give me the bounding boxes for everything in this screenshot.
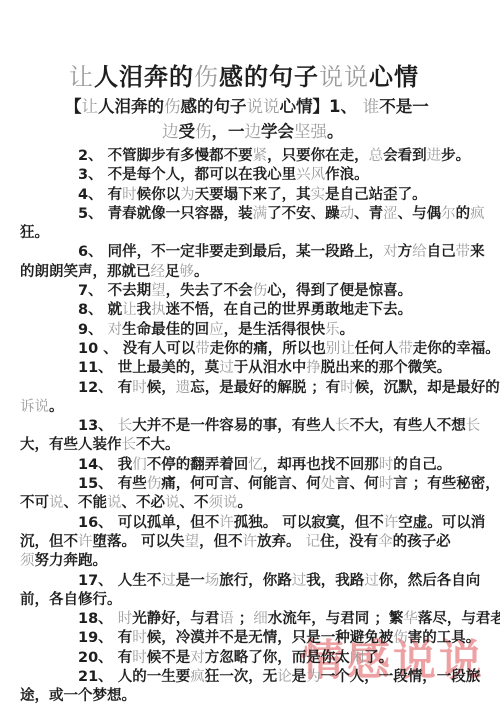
- text-segment: 方忽略了你，而是你太: [205, 650, 350, 666]
- text-segment: 可以孤单，但不: [118, 515, 220, 531]
- text-segment: 的自己。: [393, 457, 451, 473]
- text-segment: 青春就像一只容器，装: [108, 206, 253, 222]
- text-segment: 不大，有些人不想: [350, 418, 466, 434]
- text-segment: 对: [190, 650, 205, 666]
- text-segment: 尔: [441, 206, 456, 222]
- text-segment: 感的句子: [219, 63, 319, 91]
- text-line: 16、 可以孤单，但不许孤独。 可以寂寞，但不许空虚。可以消: [20, 514, 500, 533]
- text-segment: 、不: [180, 495, 209, 511]
- text-segment: ，却再也找不回那: [263, 457, 379, 473]
- text-line: 不可说、不能说、不必说、不须说。: [20, 494, 500, 513]
- text-segment: 的朗朗笑声，那就已: [20, 264, 151, 280]
- text-segment: 是自己站歪了。: [325, 187, 427, 203]
- text-segment: 空虚。可以消: [398, 515, 485, 531]
- text-segment: 我，我路: [306, 573, 364, 589]
- text-segment: 狂一次，无: [205, 669, 278, 685]
- text-segment: 堕落。 可以失: [93, 534, 185, 550]
- text-segment: 伤: [393, 630, 408, 646]
- text-line: 途，或一个梦想。: [20, 687, 500, 706]
- text-segment: 时: [122, 187, 137, 203]
- text-segment: 谁: [363, 97, 380, 116]
- text-segment: 是一: [176, 573, 205, 589]
- text-segment: 了。: [364, 650, 393, 666]
- text-segment: 方: [398, 244, 413, 260]
- text-line: 5、 青春就像一只容器，装满了不安、躁动、青涩、与偶尔的疯: [20, 205, 500, 224]
- text-segment: 不去期: [108, 283, 152, 299]
- text-line: 4、 有时候你以为天要塌下来了，其实是自己站歪了。: [20, 186, 500, 205]
- text-segment: 不是一: [379, 97, 429, 116]
- text-segment: 执: [151, 302, 166, 318]
- text-segment: 满: [253, 206, 268, 222]
- text-segment: 足: [165, 264, 180, 280]
- text-segment: 遗: [176, 380, 191, 396]
- text-segment: 走你的幸福。: [413, 341, 500, 357]
- text-line: 19、 有时候，冷漠并不是无情，只是一种避免被伤害的工具。: [20, 629, 500, 648]
- text-segment: ，失去了不会: [166, 283, 253, 299]
- text-segment: 光静好，与君: [132, 611, 219, 627]
- text-segment: 候你以: [137, 187, 181, 203]
- text-segment: 5、: [78, 206, 108, 222]
- text-segment: 20、: [78, 650, 118, 666]
- text-segment: 15、: [78, 476, 118, 492]
- text-segment: 长: [122, 437, 137, 453]
- text-segment: 说: [165, 495, 180, 511]
- text-segment: 自己: [427, 244, 456, 260]
- text-segment: 伤: [194, 63, 219, 91]
- text-segment: 忆: [248, 457, 263, 473]
- text-line: 8、 就让我执迷不悟，在自己的世界勇敢地走下去。: [20, 301, 500, 320]
- text-segment: 不管脚步有多慢都不要: [108, 148, 253, 164]
- text-line: 6、 同伴，不一定非要走到最后，某一段路上，对方给自己带来: [20, 243, 500, 262]
- text-segment: 于从泪水中: [234, 360, 307, 376]
- text-segment: 长: [118, 418, 133, 434]
- text-segment: 坚强: [294, 122, 327, 141]
- text-segment: 感的句子: [181, 97, 247, 116]
- text-segment: 8、: [78, 302, 108, 318]
- quotes-list: 2、 不管脚步有多慢都不要紧，只要你在走，总会看到进步。3、 不是每个人，都可以…: [0, 147, 500, 707]
- text-segment: 努力奔跑。: [35, 553, 108, 569]
- text-segment: 伤: [164, 97, 181, 116]
- text-segment: 时: [379, 476, 394, 492]
- text-segment: 迷不悟，在自己的世界勇敢地走下去。: [166, 302, 413, 318]
- text-segment: 会看到: [383, 148, 427, 164]
- text-segment: 别让: [326, 341, 355, 357]
- text-segment: 诉说: [20, 399, 49, 415]
- text-line: 前，各自修行。: [20, 591, 500, 610]
- text-segment: 有: [118, 650, 133, 666]
- text-segment: 16、: [78, 515, 118, 531]
- text-segment: 21、: [78, 669, 118, 685]
- text-line: 10 、 没有人可以带走你的痛，所以也别让任何人带走你的幸福。: [20, 340, 500, 359]
- text-segment: 忘，是最好的解脱 ；有: [190, 380, 340, 396]
- text-segment: 。: [340, 322, 355, 338]
- text-segment: ，但不: [199, 534, 243, 550]
- document-page: 情感说说 让人泪奔的伤感的句子说说心情 【让人泪奔的伤感的句子说说心情】1、 谁…: [0, 0, 500, 707]
- text-segment: 途，或一个梦想。: [20, 688, 136, 704]
- text-segment: 14、: [78, 457, 118, 473]
- text-segment: 总: [369, 148, 384, 164]
- text-segment: 不是每个人，都可以在我心里: [108, 167, 297, 183]
- text-segment: 为: [306, 669, 321, 685]
- text-segment: 伤: [195, 122, 212, 141]
- text-segment: 对: [383, 244, 398, 260]
- text-segment: 是: [292, 669, 307, 685]
- text-line: 7、 不去期望，失去了不会伤心，得到了便是惊喜。: [20, 282, 500, 301]
- text-segment: 、不必: [122, 495, 166, 511]
- text-segment: 伞: [378, 534, 393, 550]
- intro-paragraph: 【让人泪奔的伤感的句子说说心情】1、 谁不是一 边受伤，一边学会坚强。: [0, 94, 500, 144]
- text-segment: 11、: [78, 360, 118, 376]
- text-segment: 10 、: [78, 341, 123, 357]
- text-segment: 时: [132, 650, 147, 666]
- text-line: 大，有些人装作长不大。: [20, 436, 500, 455]
- text-segment: 让: [82, 97, 99, 116]
- text-segment: 须说: [209, 495, 238, 511]
- text-segment: 给: [412, 244, 427, 260]
- text-segment: ，是生活得很快: [224, 322, 326, 338]
- text-segment: 落尽，与君老。: [418, 611, 500, 627]
- text-segment: 伤: [253, 283, 268, 299]
- text-segment: 候不是: [147, 650, 191, 666]
- text-segment: 同伴，不一定非要走到最后，某一段路上，: [108, 244, 384, 260]
- text-segment: 受: [179, 122, 196, 141]
- text-segment: 长: [466, 418, 481, 434]
- text-segment: 有: [118, 630, 133, 646]
- text-segment: 人生不: [118, 573, 162, 589]
- text-segment: 许: [219, 515, 234, 531]
- text-line: 15、 有些伤痛，何可言、何能言、何处言、何时言 ；有些秘密，: [20, 475, 500, 494]
- text-segment: 步。: [441, 148, 470, 164]
- text-segment: 说说: [319, 63, 369, 91]
- text-segment: 经: [151, 264, 166, 280]
- text-segment: 13、: [78, 418, 118, 434]
- text-segment: 19、: [78, 630, 118, 646]
- text-segment: ；: [234, 611, 254, 627]
- text-segment: 不停的翻弄着回: [147, 457, 249, 473]
- text-segment: 时: [132, 630, 147, 646]
- text-segment: 边: [245, 122, 262, 141]
- text-segment: 时: [132, 380, 147, 396]
- text-segment: 【: [65, 97, 82, 116]
- text-segment: 应: [209, 322, 224, 338]
- text-segment: 须: [20, 553, 35, 569]
- text-line: 18、 时光静好，与君语 ；细水流年，与君同 ；繁华落尽，与君老。: [20, 610, 500, 629]
- text-segment: 让: [122, 302, 137, 318]
- text-segment: 前，各自修行。: [20, 592, 122, 608]
- text-line: 诉说。: [20, 398, 500, 417]
- text-segment: 挣: [306, 360, 321, 376]
- text-line: 14、 我们不停的翻弄着回忆，却再也找不回那时的自己。: [20, 456, 500, 475]
- text-line: 须努力奔跑。: [20, 552, 500, 571]
- text-segment: 孤独。 可以寂寞，但不: [234, 515, 384, 531]
- text-line: 20、 有时候不是对方忽略了你，而是你太闲了。: [20, 649, 500, 668]
- text-segment: 大并不是一件容易的事，有些人: [132, 418, 335, 434]
- text-segment: 论: [277, 669, 292, 685]
- text-segment: 的孩子必: [393, 534, 451, 550]
- text-segment: 过: [364, 573, 379, 589]
- document-content: 让人泪奔的伤感的句子说说心情 【让人泪奔的伤感的句子说说心情】1、 谁不是一 边…: [0, 0, 500, 707]
- text-segment: 处: [321, 476, 336, 492]
- text-segment: 带: [195, 341, 210, 357]
- text-segment: 3、: [78, 167, 108, 183]
- text-segment: 说: [107, 495, 122, 511]
- text-segment: 时: [118, 611, 133, 627]
- text-segment: 场: [205, 573, 220, 589]
- text-segment: 有: [108, 187, 123, 203]
- text-segment: 边: [162, 122, 179, 141]
- text-segment: 细: [253, 611, 268, 627]
- text-segment: 不可: [20, 495, 49, 511]
- text-segment: 12、: [78, 380, 118, 396]
- text-segment: 2、: [78, 148, 108, 164]
- text-segment: 疯: [470, 206, 485, 222]
- text-segment: ，: [212, 122, 229, 141]
- text-segment: 大，有些人装作: [20, 437, 122, 453]
- text-segment: 17、: [78, 573, 118, 589]
- text-line: 的朗朗笑声，那就已经足够。: [20, 263, 500, 282]
- text-segment: 许: [243, 534, 258, 550]
- text-segment: 涩: [383, 206, 398, 222]
- text-line: 12、 有时候，遗忘，是最好的解脱 ；有时候，沉默，却是最好的: [20, 379, 500, 398]
- text-segment: 说说: [247, 97, 280, 116]
- text-segment: 言 ；有些秘密，: [393, 476, 500, 492]
- text-segment: 没有人可以: [123, 341, 196, 357]
- text-segment: 华: [403, 611, 418, 627]
- text-line: 21、 人的一生要疯狂一次，无论是为一个人，一段情，一段旅: [20, 668, 500, 687]
- text-segment: 。: [49, 399, 64, 415]
- text-segment: 脱出来的那个微笑。: [321, 360, 452, 376]
- text-segment: 紧: [253, 148, 268, 164]
- text-segment: 、不能: [64, 495, 108, 511]
- text-segment: 一个人，一段情，一段旅: [321, 669, 481, 685]
- text-segment: 狂。: [20, 225, 49, 241]
- text-segment: 许: [384, 515, 399, 531]
- text-segment: 疯: [190, 669, 205, 685]
- text-segment: 伤: [147, 476, 162, 492]
- text-segment: 说: [49, 495, 64, 511]
- text-segment: 害的工具。: [408, 630, 481, 646]
- text-segment: 们: [132, 457, 147, 473]
- text-segment: 人泪奔的: [98, 97, 164, 116]
- text-line: 2、 不管脚步有多慢都不要紧，只要你在走，总会看到进步。: [20, 147, 500, 166]
- text-segment: 时: [340, 380, 355, 396]
- text-segment: 进: [427, 148, 442, 164]
- text-line: 沉，但不许堕落。 可以失望，但不许放弃。 记住，没有伞的孩子必: [20, 533, 500, 552]
- text-segment: 6、: [78, 244, 108, 260]
- text-line: 11、 世上最美的，莫过于从泪水中挣脱出来的那个微笑。: [20, 359, 500, 378]
- text-segment: 人的一生要: [118, 669, 191, 685]
- text-segment: 痛，何可言、何能言、何: [161, 476, 321, 492]
- text-line: 13、 长大并不是一件容易的事，有些人长不大，有些人不想长: [20, 417, 500, 436]
- text-segment: 候，: [147, 380, 176, 396]
- text-segment: 。: [238, 495, 253, 511]
- text-segment: 闲: [350, 650, 365, 666]
- text-segment: 实: [311, 187, 326, 203]
- text-segment: 沉，但不: [20, 534, 78, 550]
- text-segment: 、与偶: [398, 206, 442, 222]
- text-segment: 候，沉默，却是最好的: [355, 380, 500, 396]
- text-segment: 心，得到了便是惊喜。: [267, 283, 412, 299]
- text-segment: 旅行，你路: [219, 573, 292, 589]
- text-segment: 语: [219, 611, 234, 627]
- text-segment: 有些: [118, 476, 147, 492]
- text-segment: 一: [228, 122, 245, 141]
- text-segment: 有: [118, 380, 133, 396]
- text-segment: 许: [78, 534, 93, 550]
- page-title: 让人泪奔的伤感的句子说说心情: [0, 0, 500, 92]
- text-segment: 生命最佳的回: [122, 322, 209, 338]
- text-segment: ，只要你在走，: [267, 148, 369, 164]
- text-segment: 作浪。: [325, 167, 369, 183]
- text-segment: 】1、: [313, 97, 363, 116]
- text-segment: 天要塌下来了，其: [195, 187, 311, 203]
- text-segment: 心情: [280, 97, 313, 116]
- text-segment: 7、: [78, 283, 108, 299]
- text-segment: 任何人: [355, 341, 399, 357]
- intro-line: 【让人泪奔的伤感的句子说说心情】1、 谁不是一: [0, 94, 500, 119]
- text-segment: 过: [161, 573, 176, 589]
- text-segment: 望: [151, 283, 166, 299]
- text-segment: 带: [456, 244, 471, 260]
- text-segment: 我: [118, 457, 133, 473]
- text-segment: 4、: [78, 187, 108, 203]
- text-line: 3、 不是每个人，都可以在我心里兴风作浪。: [20, 166, 500, 185]
- text-segment: 让: [69, 63, 94, 91]
- text-segment: 住，没有: [320, 534, 378, 550]
- text-segment: 长: [335, 418, 350, 434]
- text-segment: 对: [108, 322, 123, 338]
- text-line: 17、 人生不过是一场旅行，你路过我，我路过你，然后各自向: [20, 572, 500, 591]
- text-segment: 9、: [78, 322, 108, 338]
- text-segment: 人泪奔的: [94, 63, 194, 91]
- text-segment: 不大。: [136, 437, 180, 453]
- text-segment: 走你的痛，所以也: [210, 341, 326, 357]
- text-segment: 望: [185, 534, 200, 550]
- text-segment: 18、: [78, 611, 118, 627]
- text-segment: 够: [180, 264, 195, 280]
- text-segment: 放弃。: [257, 534, 306, 550]
- text-segment: 你，然后各自向: [379, 573, 481, 589]
- text-line: 9、 对生命最佳的回应，是生活得很快乐。: [20, 321, 500, 340]
- text-segment: 乐: [325, 322, 340, 338]
- text-segment: 为: [180, 187, 195, 203]
- text-segment: 来: [470, 244, 485, 260]
- text-segment: 、青: [354, 206, 383, 222]
- text-segment: 心情: [369, 63, 419, 91]
- text-segment: 我: [137, 302, 152, 318]
- text-segment: 。: [194, 264, 209, 280]
- text-line: 狂。: [20, 224, 500, 243]
- text-segment: 候，冷漠并不是无情，只是一种避免被: [147, 630, 394, 646]
- text-segment: 了不安、躁: [267, 206, 340, 222]
- text-segment: 兴风: [296, 167, 325, 183]
- text-segment: 时: [379, 457, 394, 473]
- text-segment: 水流年，与君同 ；繁: [268, 611, 404, 627]
- text-segment: 言、何: [335, 476, 379, 492]
- text-segment: 。: [327, 122, 344, 141]
- text-segment: 就: [108, 302, 123, 318]
- text-segment: 带: [398, 341, 413, 357]
- text-segment: 过: [219, 360, 234, 376]
- intro-line: 边受伤，一边学会坚强。: [0, 119, 500, 144]
- text-segment: 记: [306, 534, 321, 550]
- text-segment: 动: [340, 206, 355, 222]
- text-segment: 学会: [261, 122, 294, 141]
- text-segment: 过: [292, 573, 307, 589]
- text-segment: 的: [456, 206, 471, 222]
- text-segment: 世上最美的，莫: [118, 360, 220, 376]
